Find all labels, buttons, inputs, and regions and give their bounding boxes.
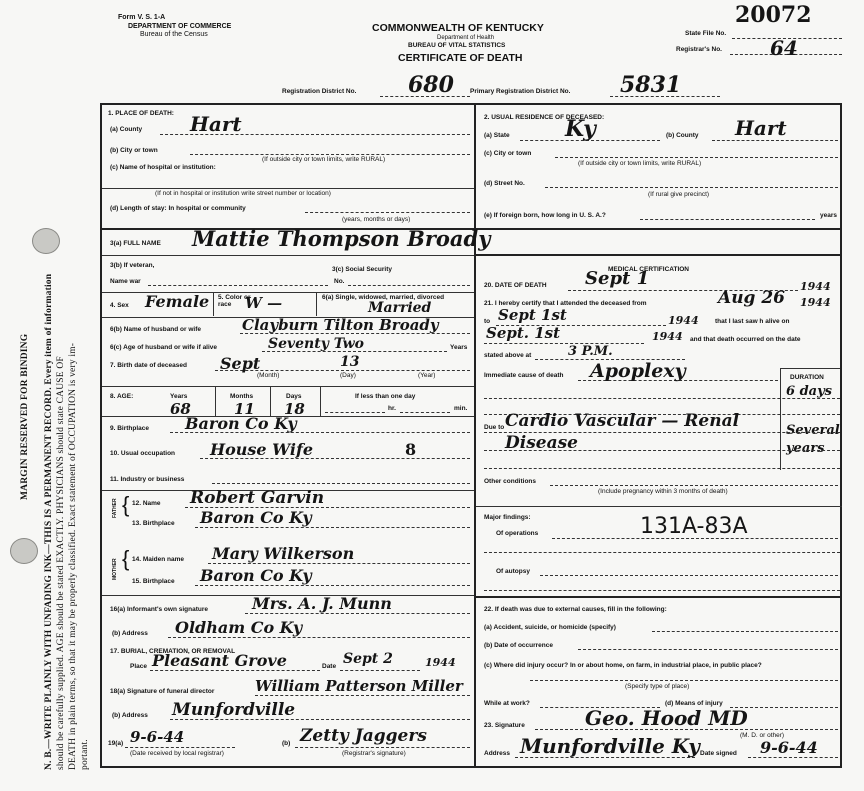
informant-address-line	[168, 637, 470, 638]
occupation-value[interactable]: House Wife	[210, 440, 313, 459]
rule-3a	[102, 255, 474, 256]
date-signed-value[interactable]: 9-6-44	[760, 738, 818, 757]
state-file-label: State File No.	[685, 30, 726, 37]
res-state-label: (a) State	[484, 132, 510, 139]
immediate-label: Immediate cause of death	[484, 372, 563, 379]
hr-label: hr.	[388, 405, 396, 412]
received-hint: (Date received by local registrar)	[130, 750, 224, 757]
physician-address-value[interactable]: Munfordville Ky	[520, 734, 700, 758]
ssn-line[interactable]	[348, 285, 470, 286]
rule-8b	[270, 386, 271, 416]
stay-hint: (years, months or days)	[342, 216, 410, 223]
autopsy-line-2	[484, 590, 840, 591]
rule-4	[213, 292, 214, 316]
cause-line-6	[484, 468, 840, 469]
informant-address-label: (b) Address	[112, 630, 148, 637]
autopsy-label: Of autopsy	[496, 568, 530, 575]
res-city-line[interactable]	[555, 157, 838, 158]
external-b-line[interactable]	[578, 649, 838, 650]
stay-label: (d) Length of stay: In hospital or commu…	[110, 205, 246, 212]
full-name-label: 3(a) FULL NAME	[110, 240, 161, 247]
state-title: COMMONWEALTH OF KENTUCKY	[372, 22, 544, 34]
foreign-line[interactable]	[640, 219, 815, 220]
industry-label: 11. Industry or business	[110, 476, 184, 483]
physician-signature-label: 23. Signature	[484, 722, 525, 729]
death-date-value[interactable]: Sept 1	[585, 268, 649, 289]
spouse-value[interactable]: Clayburn Tilton Broady	[242, 316, 439, 334]
res-county-value[interactable]: Hart	[735, 116, 787, 140]
stamp-number: 20072	[735, 2, 812, 28]
mother-birthplace-value[interactable]: Baron Co Ky	[200, 566, 312, 585]
physician-address-label: Address	[484, 750, 510, 757]
primary-district-label: Primary Registration District No.	[470, 88, 570, 95]
father-side-label: FATHER	[112, 498, 118, 518]
ssn-label: 3(c) Social Security	[332, 266, 392, 273]
cause-line-2	[484, 398, 840, 399]
father-brace: {	[122, 492, 129, 518]
burial-place-label: Place	[130, 663, 147, 670]
state-bureau: BUREAU OF VITAL STATISTICS	[408, 42, 505, 49]
death-certificate: MARGIN RESERVED FOR BINDING N. B.—WRITE …	[0, 0, 864, 791]
certificate-title: CERTIFICATE OF DEATH	[398, 52, 522, 64]
sex-value[interactable]: Female	[145, 292, 209, 311]
rule-5	[316, 292, 317, 316]
rule-7	[102, 386, 474, 387]
received-line	[125, 747, 235, 748]
external-rule	[476, 596, 842, 598]
rule-8a	[215, 386, 216, 416]
last-seen-value[interactable]: Sept. 1st	[486, 324, 560, 342]
last-seen-label: that I last saw h alive on	[715, 318, 789, 325]
work-label: While at work?	[484, 700, 530, 707]
spouse-age-label: 6(c) Age of husband or wife if alive	[110, 344, 217, 351]
years-label: Years	[170, 393, 187, 400]
mother-side-label: MOTHER	[112, 558, 118, 580]
external-c-label: (c) Where did injury occur? In or about …	[484, 660, 839, 671]
external-a-label: (a) Accident, suicide, or homicide (spec…	[484, 624, 616, 631]
death-year-value[interactable]: 1944	[800, 280, 831, 293]
received-date-value[interactable]: 9-6-44	[130, 728, 184, 746]
margin-reserved-label: MARGIN RESERVED FOR BINDING	[20, 334, 30, 500]
father-birthplace-line	[195, 527, 470, 528]
father-name-label: 12. Name	[132, 500, 161, 507]
center-rule	[474, 103, 476, 768]
primary-district-line	[610, 96, 720, 97]
burial-date-line	[340, 670, 420, 671]
last-seen-year[interactable]: 1944	[652, 330, 683, 343]
days-label: Days	[286, 393, 302, 400]
duration-immediate[interactable]: 6 days	[786, 384, 832, 399]
attend-to-year[interactable]: 1944	[668, 314, 699, 327]
res-city-label: (c) City or town	[484, 150, 531, 157]
margin-note-2: should be carefully supplied. AGE should…	[56, 356, 66, 770]
stay-line[interactable]	[305, 212, 470, 213]
birth-month-value[interactable]: Sept	[220, 354, 260, 373]
external-c-hint: (Specify type of place)	[625, 683, 689, 690]
ssn-no-label: No.	[334, 278, 344, 285]
birth-day-value[interactable]: 13	[340, 354, 359, 370]
informant-signature-line	[245, 613, 470, 614]
form-id: Form V. S. 1-A	[118, 14, 165, 21]
hospital-rule	[102, 188, 474, 189]
hospital-label: (c) Name of hospital or institution:	[110, 164, 216, 171]
res-county-label: (b) County	[666, 132, 699, 139]
margin-note-3: DEATH in plain terms, so that it may be …	[68, 343, 78, 770]
foreign-unit: years	[820, 212, 837, 219]
color-value[interactable]: W —	[245, 294, 282, 312]
binding-margin: MARGIN RESERVED FOR BINDING N. B.—WRITE …	[0, 0, 98, 791]
birth-month-hint: (Month)	[257, 372, 279, 379]
occupation-label: 10. Usual occupation	[110, 450, 175, 457]
min-label: min.	[454, 405, 467, 412]
right-rule	[840, 103, 842, 768]
date-signed-label: Date signed	[700, 750, 737, 757]
reg-district-label: Registration District No.	[282, 88, 356, 95]
hr-line[interactable]	[325, 412, 385, 413]
full-name-value[interactable]: Mattie Thompson Broady	[192, 226, 490, 251]
duration-due-to[interactable]: Several years	[786, 422, 836, 458]
top-rule	[100, 103, 840, 105]
industry-line[interactable]	[212, 483, 470, 484]
spouse-label: 6(b) Name of husband or wife	[110, 326, 201, 333]
foreign-label: (e) If foreign born, how long in U. S. A…	[484, 212, 606, 219]
autopsy-line[interactable]	[540, 575, 838, 576]
external-c-line[interactable]	[530, 680, 838, 681]
classification-code: 131A-83A	[640, 514, 748, 539]
last-seen-line	[484, 343, 644, 344]
registrar-line	[295, 747, 470, 748]
res-street-hint: (If rural give precinct)	[648, 191, 709, 198]
burial-date-label: Date	[322, 663, 336, 670]
external-b-label: (b) Date of occurrence	[484, 642, 553, 649]
bottom-rule	[100, 766, 842, 768]
father-birthplace-label: 13. Birthplace	[132, 520, 175, 527]
margin-note-1: N. B.—WRITE PLAINLY WITH UNFADING INK—TH…	[44, 274, 54, 770]
other-hint: (Include pregnancy within 3 months of de…	[598, 488, 728, 495]
punch-hole-icon	[32, 228, 60, 254]
time-value[interactable]: 3 P.M.	[568, 344, 613, 359]
director-label: 18(a) Signature of funeral director	[110, 688, 214, 695]
duration-top	[780, 368, 840, 369]
marital-value[interactable]: Married	[368, 300, 431, 316]
cause-line-5	[484, 450, 840, 451]
city-hint: (If outside city or town limits, write R…	[262, 156, 385, 163]
res-street-label: (d) Street No.	[484, 180, 525, 187]
punch-hole-icon	[10, 538, 38, 564]
other-label: Other conditions	[484, 478, 536, 485]
occurred-label-2: stated above at	[484, 352, 531, 359]
attend-from-value[interactable]: Aug 26	[718, 288, 785, 308]
findings-rule	[476, 506, 842, 507]
city-label: (b) City or town	[110, 147, 158, 154]
city-line[interactable]	[190, 154, 470, 155]
external-heading: 22. If death was due to external causes,…	[484, 606, 667, 613]
bureau: Bureau of the Census	[140, 31, 208, 38]
registrars-no-label: Registrar's No.	[676, 46, 722, 53]
birthplace-value[interactable]: Baron Co Ky	[185, 414, 297, 433]
reg-district-value: 680	[408, 72, 454, 98]
res-state-value[interactable]: Ky	[565, 116, 596, 142]
burial-place-line	[150, 670, 320, 671]
veteran-label: 3(b) If veteran,	[110, 262, 154, 269]
director-address-value[interactable]: Munfordville	[172, 700, 295, 720]
war-label: Name war	[110, 278, 141, 285]
sex-label: 4. Sex	[110, 302, 129, 309]
findings-label: Major findings:	[484, 514, 531, 521]
birth-day-hint: (Day)	[340, 372, 356, 379]
mother-name-line	[208, 563, 470, 564]
spouse-age-unit: Years	[450, 344, 467, 351]
res-street-line[interactable]	[545, 187, 838, 188]
burial-place-value[interactable]: Pleasant Grove	[152, 651, 287, 670]
medical-top-rule	[476, 254, 842, 256]
burial-year-value[interactable]: 1944	[425, 656, 456, 669]
date-signed-line	[748, 757, 838, 758]
birth-year-hint: (Year)	[418, 372, 435, 379]
cause-line-4	[484, 432, 840, 433]
primary-district-value: 5831	[620, 72, 681, 98]
death-date-label: 20. DATE OF DEATH	[484, 282, 547, 289]
occurred-label-1: and that death occurred on the date	[690, 336, 801, 343]
mother-birthplace-label: 15. Birthplace	[132, 578, 175, 585]
occupation-code: 8	[405, 440, 416, 459]
father-name-value[interactable]: Robert Garvin	[190, 488, 324, 508]
informant-signature-value[interactable]: Mrs. A. J. Munn	[252, 594, 392, 613]
due-to-label: Due to	[484, 424, 504, 431]
min-line[interactable]	[400, 412, 450, 413]
birth-label: 7. Birth date of deceased	[110, 362, 187, 369]
lt-day-label: If less than one day	[355, 393, 415, 400]
immediate-value[interactable]: Apoplexy	[590, 360, 686, 382]
county-value[interactable]: Hart	[190, 112, 242, 136]
director-value[interactable]: William Patterson Miller	[255, 677, 463, 695]
director-line	[255, 695, 470, 696]
registrar-label: (b)	[282, 740, 290, 747]
duration-rule	[780, 368, 781, 470]
left-rule	[100, 103, 102, 768]
war-line[interactable]	[148, 285, 328, 286]
operations-label: Of operations	[496, 530, 538, 537]
registrars-no-value: 64	[770, 36, 798, 60]
spouse-age-value[interactable]: Seventy Two	[268, 336, 364, 352]
county-label: (a) County	[110, 126, 142, 133]
hospital-hint: (If not in hospital or institution write…	[155, 190, 331, 197]
state-dept: Department of Health	[437, 35, 494, 41]
external-a-line[interactable]	[652, 631, 838, 632]
other-line[interactable]	[550, 485, 838, 486]
registrar-hint: (Registrar's signature)	[342, 750, 406, 757]
father-birthplace-value[interactable]: Baron Co Ky	[200, 508, 312, 527]
attend-to-value[interactable]: Sept 1st	[498, 306, 567, 324]
res-city-hint: (If outside city or town limits, write R…	[578, 160, 701, 167]
margin-note-4: portant.	[80, 739, 90, 770]
mother-name-label: 14. Maiden name	[132, 556, 184, 563]
rule-8c	[320, 386, 321, 416]
mother-brace: {	[122, 546, 129, 572]
physician-signature-value[interactable]: Geo. Hood MD	[585, 706, 748, 730]
burial-date-value[interactable]: Sept 2	[343, 651, 393, 667]
mother-name-value[interactable]: Mary Wilkerson	[212, 544, 354, 563]
age-label: 8. AGE:	[110, 393, 133, 400]
place-of-death-heading: 1. PLACE OF DEATH:	[108, 110, 174, 117]
res-county-line	[712, 140, 838, 141]
operations-line-2	[484, 552, 840, 553]
director-address-label: (b) Address	[112, 712, 148, 719]
duration-label: DURATION	[790, 374, 824, 381]
received-label: 19(a)	[108, 740, 123, 747]
department: DEPARTMENT OF COMMERCE	[128, 23, 231, 30]
registrar-value[interactable]: Zetty Jaggers	[300, 726, 427, 746]
attend-from-year[interactable]: 1944	[800, 296, 831, 309]
mother-birthplace-line	[195, 585, 470, 586]
months-label: Months	[230, 393, 253, 400]
informant-address-value[interactable]: Oldham Co Ky	[175, 618, 302, 637]
birthplace-label: 9. Birthplace	[110, 425, 149, 432]
informant-signature-label: 16(a) Informant's own signature	[110, 606, 208, 613]
reg-district-line	[380, 96, 470, 97]
